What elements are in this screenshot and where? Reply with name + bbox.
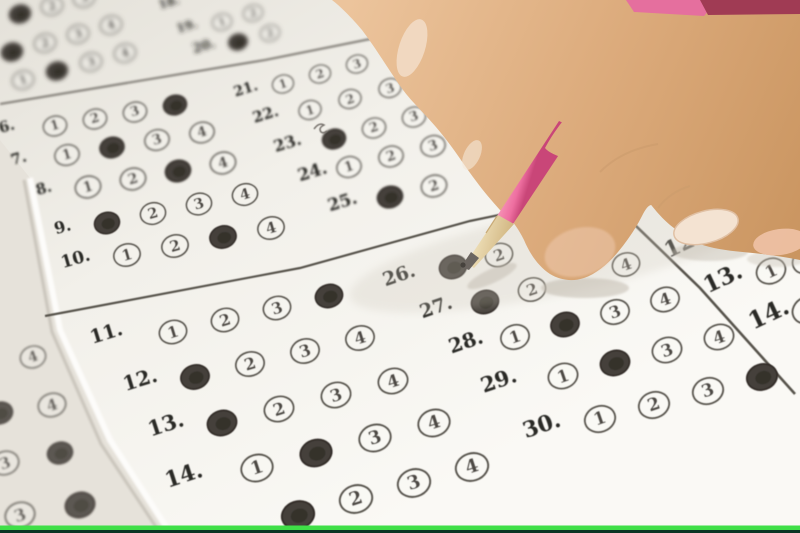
- green-stripe: [0, 526, 800, 533]
- photo-answer-sheet-scene: 232341346.1237.1348.1249.23410.12411.123…: [0, 0, 800, 533]
- scene-canvas: 232341346.1237.1348.1249.23410.12411.123…: [0, 0, 800, 533]
